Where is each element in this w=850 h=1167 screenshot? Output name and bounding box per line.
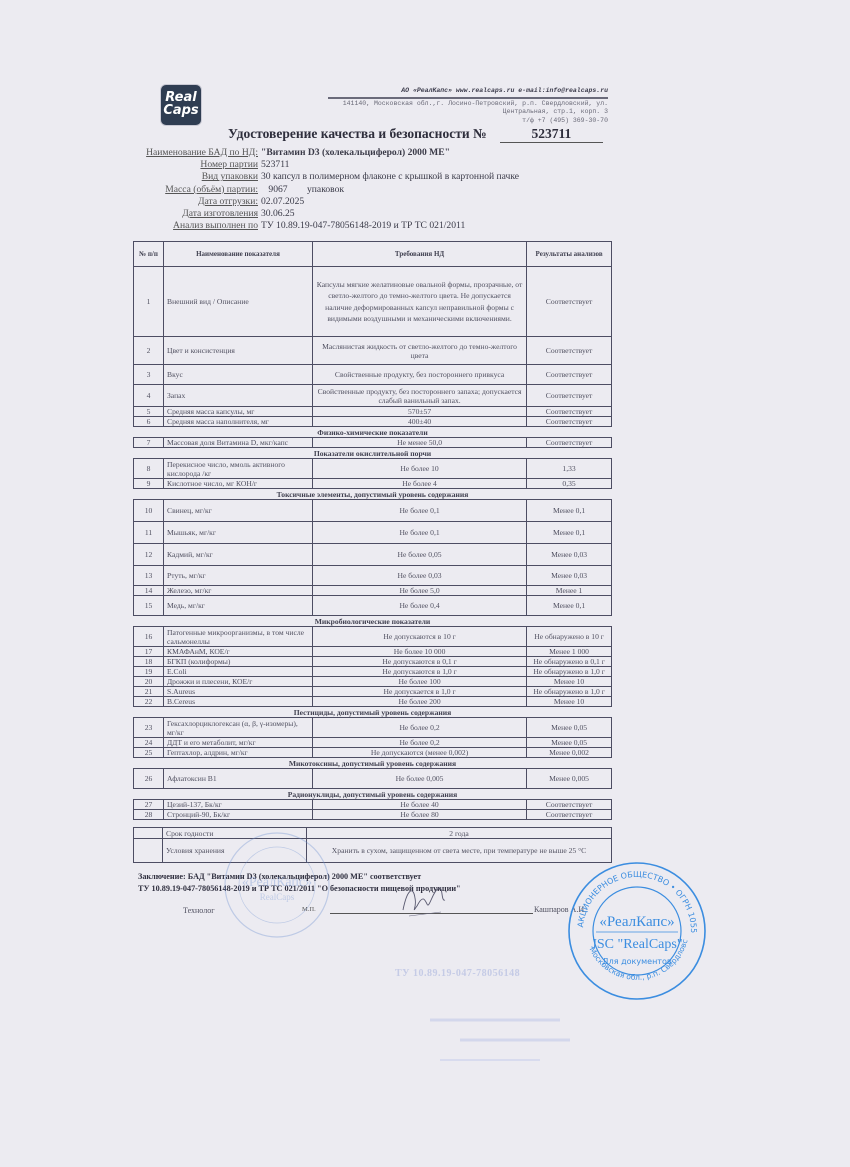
row-number: 20 [134, 677, 164, 687]
table-row: 24ДДТ и его метаболит, мг/кгНе более 0,2… [134, 738, 612, 748]
table-row: 22B.CereusНе более 200Менее 10 [134, 697, 612, 707]
indicator-name: Запах [164, 385, 313, 407]
result: 1,33 [527, 459, 612, 479]
row-number: 9 [134, 479, 164, 489]
requirement: Не более 200 [312, 697, 526, 707]
result: Не обнаружено в 0,1 г [527, 657, 612, 667]
result: Менее 0,005 [527, 769, 612, 789]
result: Менее 0,03 [527, 566, 612, 586]
indicator-name: S.Aureus [164, 687, 313, 697]
row-number: 7 [134, 438, 164, 448]
requirement: Не более 10 000 [312, 647, 526, 657]
field-label: Дата отгрузки: [138, 196, 258, 208]
requirement: Не более 80 [312, 810, 526, 820]
row-number: 25 [134, 748, 164, 758]
requirement: Не более 0,1 [312, 500, 526, 522]
svg-text:«РеалКапс»: «РеалКапс» [599, 914, 674, 930]
requirement: Не более 0,2 [312, 718, 526, 738]
company-phone: т/ф +7 (495) 369-30-70 [308, 117, 608, 126]
table-row: 14Железо, мг/кгНе более 5,0Менее 1 [134, 586, 612, 596]
requirement: Капсулы мягкие желатиновые овальной форм… [312, 267, 526, 337]
section-header: Токсичные элементы, допустимый уровень с… [134, 489, 612, 500]
result: Менее 0,1 [527, 596, 612, 616]
document-title: Удостоверение качества и безопасности № … [228, 126, 603, 143]
table-row: 18БГКП (колиформы)Не допускаются в 0,1 г… [134, 657, 612, 667]
requirement: Не допускаются (менее 0,002) [312, 748, 526, 758]
table-row: 3ВкусСвойственные продукту, без посторон… [134, 365, 612, 385]
indicator-name: Вкус [164, 365, 313, 385]
bleed-through-marks [420, 1010, 580, 1070]
requirement: Не более 0,4 [312, 596, 526, 616]
result: 0,35 [527, 479, 612, 489]
table-row: 9Кислотное число, мг КОН/гНе более 40,35 [134, 479, 612, 489]
requirement: Не более 0,005 [312, 769, 526, 789]
indicator-name: Железо, мг/кг [164, 586, 313, 596]
row-number: 15 [134, 596, 164, 616]
indicator-name: Афлатоксин B1 [164, 769, 313, 789]
row-number: 11 [134, 522, 164, 544]
field-row: Анализ выполнен поТУ 10.89.19-047-780561… [138, 220, 519, 232]
requirement: Не допускается в 1,0 г [312, 687, 526, 697]
requirement: Не более 0,1 [312, 522, 526, 544]
shelf-life-row: Срок годности 2 года [134, 828, 612, 839]
svg-text:JSC "RealCaps": JSC "RealCaps" [591, 937, 682, 952]
indicator-name: Медь, мг/кг [164, 596, 313, 616]
result: Соответствует [527, 800, 612, 810]
storage-value: Хранить в сухом, защищенном от света мес… [307, 839, 612, 863]
row-number: 21 [134, 687, 164, 697]
row-number: 12 [134, 544, 164, 566]
field-row: Масса (объём) партии:9067упаковок [138, 184, 519, 196]
table-row: 13Ртуть, мг/кгНе более 0,03Менее 0,03 [134, 566, 612, 586]
result: Менее 0,05 [527, 718, 612, 738]
field-row: Дата изготовления30.06.25 [138, 208, 519, 220]
company-stamp: АКЦИОНЕРНОЕ ОБЩЕСТВО • ОГРН 105501412205… [566, 860, 708, 1002]
indicator-name: Патогенные микроорганизмы, в том числе с… [164, 627, 313, 647]
indicator-name: Ртуть, мг/кг [164, 566, 313, 586]
result: Соответствует [527, 417, 612, 427]
result: Не обнаружено в 10 г [527, 627, 612, 647]
requirement: Не менее 50,0 [312, 438, 526, 448]
requirement: Не допускаются в 10 г [312, 627, 526, 647]
indicator-name: Гептахлор, алдрин, мг/кг [164, 748, 313, 758]
table-row: 4ЗапахСвойственные продукту, без посторо… [134, 385, 612, 407]
section-header: Физико-химические показатели [134, 427, 612, 438]
row-number: 28 [134, 810, 164, 820]
result: Соответствует [527, 365, 612, 385]
indicator-name: Мышьяк, мг/кг [164, 522, 313, 544]
row-number: 24 [134, 738, 164, 748]
requirement: Не более 5,0 [312, 586, 526, 596]
bleed-through-text: ТУ 10.89.19-047-78056148 [395, 968, 520, 979]
result: Менее 0,1 [527, 500, 612, 522]
row-number: 19 [134, 667, 164, 677]
indicator-name: БГКП (колиформы) [164, 657, 313, 667]
table-header-row: № п/п Наименование показателя Требования… [134, 242, 612, 267]
analysis-table: № п/п Наименование показателя Требования… [133, 241, 612, 820]
row-number: 14 [134, 586, 164, 596]
result: Соответствует [527, 337, 612, 365]
svg-text:«РеалКапс»: «РеалКапс» [242, 875, 312, 890]
table-row: 6Средняя масса наполнителя, мг400±40Соот… [134, 417, 612, 427]
row-number: 1 [134, 267, 164, 337]
table-row: 12Кадмий, мг/кгНе более 0,05Менее 0,03 [134, 544, 612, 566]
company-address-line-2: Центральная, стр.1, корп. 3 [308, 108, 608, 117]
field-value: 523711 [261, 159, 289, 171]
header-rule [328, 97, 608, 99]
field-label: Наименование БАД по НД: [138, 147, 258, 159]
section-header: Показатели окислительной порчи [134, 448, 612, 459]
col-requirements: Требования НД [312, 242, 526, 267]
row-number: 2 [134, 337, 164, 365]
shelf-life-value: 2 года [307, 828, 612, 839]
indicator-name: Дрожжи и плесени, КОЕ/г [164, 677, 313, 687]
indicator-name: Средняя масса капсулы, мг [164, 407, 313, 417]
result: Соответствует [527, 438, 612, 448]
requirement: Не более 4 [312, 479, 526, 489]
indicator-name: КМАФАнМ, КОЕ/г [164, 647, 313, 657]
indicator-name: Внешний вид / Описание [164, 267, 313, 337]
field-value: 30 капсул в полимерном флаконе с крышкой… [261, 171, 519, 183]
result: Соответствует [527, 810, 612, 820]
indicator-name: Массовая доля Витамина D, мкг/капс [164, 438, 313, 448]
table-row: 25Гептахлор, алдрин, мг/кгНе допускаются… [134, 748, 612, 758]
indicator-name: B.Cereus [164, 697, 313, 707]
requirement: Не более 40 [312, 800, 526, 810]
requirement: Свойственные продукту, без постороннего … [312, 365, 526, 385]
field-label: Масса (объём) партии: [138, 184, 258, 196]
small-stamp: «РеалКапс» RealCaps [222, 830, 332, 940]
realcaps-logo: Real Caps [160, 84, 202, 126]
requirement: Не более 100 [312, 677, 526, 687]
company-name-line: АО «РеалКапс» www.realcaps.ru e-mail:inf… [308, 87, 608, 96]
result: Не обнаружено в 1,0 г [527, 687, 612, 697]
row-number: 3 [134, 365, 164, 385]
indicator-name: E.Coli [164, 667, 313, 677]
row-number: 27 [134, 800, 164, 810]
result: Соответствует [527, 385, 612, 407]
requirement: Свойственные продукту, без постороннего … [312, 385, 526, 407]
requirement: Не более 0,03 [312, 566, 526, 586]
field-row: Номер партии523711 [138, 159, 519, 171]
field-row: Вид упаковки30 капсул в полимерном флако… [138, 171, 519, 183]
row-number: 13 [134, 566, 164, 586]
table-row: 8Перекисное число, ммоль активного кисло… [134, 459, 612, 479]
product-fields: Наименование БАД по НД:"Витамин D3 (холе… [138, 147, 519, 232]
table-row: 19E.ColiНе допускаются в 1,0 гНе обнаруж… [134, 667, 612, 677]
result: Менее 0,03 [527, 544, 612, 566]
table-row: 5Средняя масса капсулы, мг570±57Соответс… [134, 407, 612, 417]
indicator-name: Кислотное число, мг КОН/г [164, 479, 313, 489]
indicator-name: Средняя масса наполнителя, мг [164, 417, 313, 427]
requirement: 400±40 [312, 417, 526, 427]
storage-row: Условия хранения Хранить в сухом, защище… [134, 839, 612, 863]
row-number: 10 [134, 500, 164, 522]
field-label: Номер партии [138, 159, 258, 171]
indicator-name: Перекисное число, ммоль активного кислор… [164, 459, 313, 479]
storage-table: Срок годности 2 года Условия хранения Хр… [133, 827, 612, 863]
field-value: 9067упаковок [261, 184, 344, 196]
requirement: 570±57 [312, 407, 526, 417]
row-number: 6 [134, 417, 164, 427]
section-header: Микотоксины, допустимый уровень содержан… [134, 758, 612, 769]
table-row: 7Массовая доля Витамина D, мкг/капсНе ме… [134, 438, 612, 448]
section-header: Микробиологические показатели [134, 616, 612, 627]
result: Менее 10 [527, 697, 612, 707]
requirement: Не более 0,05 [312, 544, 526, 566]
field-label: Анализ выполнен по [138, 220, 258, 232]
field-value: ТУ 10.89.19-047-78056148-2019 и ТР ТС 02… [261, 220, 465, 232]
row-number: 18 [134, 657, 164, 667]
table-row: 16Патогенные микроорганизмы, в том числе… [134, 627, 612, 647]
result: Менее 10 [527, 677, 612, 687]
table-row: 28Стронций-90, Бк/кгНе более 80Соответст… [134, 810, 612, 820]
row-number: 8 [134, 459, 164, 479]
indicator-name: Кадмий, мг/кг [164, 544, 313, 566]
row-number: 4 [134, 385, 164, 407]
result: Менее 0,002 [527, 748, 612, 758]
company-contacts: АО «РеалКапс» www.realcaps.ru e-mail:inf… [308, 87, 608, 125]
result: Соответствует [527, 407, 612, 417]
table-row: 17КМАФАнМ, КОЕ/гНе более 10 000Менее 1 0… [134, 647, 612, 657]
indicator-name: Свинец, мг/кг [164, 500, 313, 522]
requirement: Не допускаются в 1,0 г [312, 667, 526, 677]
requirement: Маслянистая жидкость от светло-желтого д… [312, 337, 526, 365]
svg-text:Для документов: Для документов [602, 957, 671, 966]
indicator-name: Цвет и консистенция [164, 337, 313, 365]
result: Менее 0,05 [527, 738, 612, 748]
row-number: 23 [134, 718, 164, 738]
indicator-name: Гексахлорциклогексан (α, β, γ-изомеры), … [164, 718, 313, 738]
result: Не обнаружено в 1,0 г [527, 667, 612, 677]
table-row: 27Цезий-137, Бк/кгНе более 40Соответству… [134, 800, 612, 810]
indicator-name: ДДТ и его метаболит, мг/кг [164, 738, 313, 748]
result: Менее 1 [527, 586, 612, 596]
field-row: Наименование БАД по НД:"Витамин D3 (холе… [138, 147, 519, 159]
field-label: Дата изготовления [138, 208, 258, 220]
result: Соответствует [527, 267, 612, 337]
row-number: 16 [134, 627, 164, 647]
result: Менее 0,1 [527, 522, 612, 544]
col-results: Результаты анализов [527, 242, 612, 267]
table-row: 23Гексахлорциклогексан (α, β, γ-изомеры)… [134, 718, 612, 738]
technologist-label: Технолог [183, 906, 214, 915]
table-row: 15Медь, мг/кгНе более 0,4Менее 0,1 [134, 596, 612, 616]
table-row: 26Афлатоксин B1Не более 0,005Менее 0,005 [134, 769, 612, 789]
indicator-name: Цезий-137, Бк/кг [164, 800, 313, 810]
company-address-line: 141140, Московская обл.,г. Лосино-Петров… [308, 100, 608, 109]
field-row: Дата отгрузки:02.07.2025 [138, 196, 519, 208]
row-number: 17 [134, 647, 164, 657]
col-indicator: Наименование показателя [164, 242, 313, 267]
col-number: № п/п [134, 242, 164, 267]
requirement: Не допускаются в 0,1 г [312, 657, 526, 667]
handwritten-signature [395, 880, 455, 920]
row-number: 5 [134, 407, 164, 417]
requirement: Не более 10 [312, 459, 526, 479]
result: Менее 1 000 [527, 647, 612, 657]
table-row: 21S.AureusНе допускается в 1,0 гНе обнар… [134, 687, 612, 697]
table-row: 10Свинец, мг/кгНе более 0,1Менее 0,1 [134, 500, 612, 522]
field-value: "Витамин D3 (холекальциферол) 2000 МЕ" [261, 147, 450, 159]
section-header: Радионуклиды, допустимый уровень содержа… [134, 789, 612, 800]
quality-certificate-page: Real Caps АО «РеалКапс» www.realcaps.ru … [0, 0, 850, 1167]
field-value: 02.07.2025 [261, 196, 304, 208]
field-value: 30.06.25 [261, 208, 295, 220]
row-number: 22 [134, 697, 164, 707]
table-row: 20Дрожжи и плесени, КОЕ/гНе более 100Мен… [134, 677, 612, 687]
requirement: Не более 0,2 [312, 738, 526, 748]
indicator-name: Стронций-90, Бк/кг [164, 810, 313, 820]
table-row: 11Мышьяк, мг/кгНе более 0,1Менее 0,1 [134, 522, 612, 544]
row-number: 26 [134, 769, 164, 789]
certificate-number: 523711 [500, 126, 603, 143]
table-row: 2Цвет и консистенцияМаслянистая жидкость… [134, 337, 612, 365]
svg-text:RealCaps: RealCaps [260, 892, 295, 902]
table-row: 1Внешний вид / ОписаниеКапсулы мягкие же… [134, 267, 612, 337]
field-label: Вид упаковки [138, 171, 258, 183]
section-header: Пестициды, допустимый уровень содержания [134, 707, 612, 718]
